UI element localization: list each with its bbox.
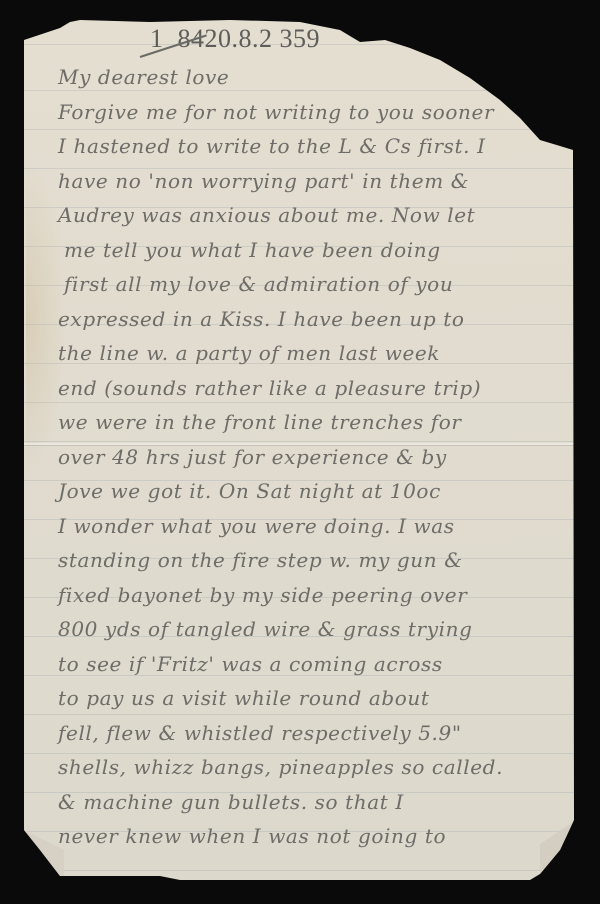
- letter-line: me tell you what I have been doing: [58, 233, 578, 268]
- letter-line: fell, flew & whistled respectively 5.9": [58, 716, 578, 751]
- letter-line: Audrey was anxious about me. Now let: [58, 198, 578, 233]
- letter-line: I hastened to write to the L & Cs first.…: [58, 129, 578, 164]
- letter-line: fixed bayonet by my side peering over: [58, 578, 578, 613]
- letter-body: My dearest love Forgive me for not writi…: [58, 60, 578, 854]
- letter-line: standing on the fire step w. my gun &: [58, 543, 578, 578]
- letter-line: the line w. a party of men last week: [58, 336, 578, 371]
- letter-line: end (sounds rather like a pleasure trip): [58, 371, 578, 406]
- letter-line: to see if 'Fritz' was a coming across: [58, 647, 578, 682]
- letter-line: have no 'non worrying part' in them &: [58, 164, 578, 199]
- letter-line: I wonder what you were doing. I was: [58, 509, 578, 544]
- letter-line: first all my love & admiration of you: [58, 267, 578, 302]
- salutation: My dearest love: [58, 60, 578, 95]
- letter-line: shells, whizz bangs, pineapples so calle…: [58, 750, 578, 785]
- letter-line: & machine gun bullets. so that I: [58, 785, 578, 820]
- letter-line: to pay us a visit while round about: [58, 681, 578, 716]
- letter-page: 18420.8.2 359 My dearest love Forgive me…: [0, 0, 600, 904]
- letter-line: 800 yds of tangled wire & grass trying: [58, 612, 578, 647]
- scan-background: 18420.8.2 359 My dearest love Forgive me…: [0, 0, 600, 904]
- letter-line: we were in the front line trenches for: [58, 405, 578, 440]
- letter-line: expressed in a Kiss. I have been up to: [58, 302, 578, 337]
- letter-line: never knew when I was not going to: [58, 819, 578, 854]
- archive-reference-number: 18420.8.2 359: [150, 24, 320, 54]
- letter-line: Jove we got it. On Sat night at 10oc: [58, 474, 578, 509]
- letter-line: over 48 hrs just for experience & by: [58, 440, 578, 475]
- letter-line: Forgive me for not writing to you sooner: [58, 95, 578, 130]
